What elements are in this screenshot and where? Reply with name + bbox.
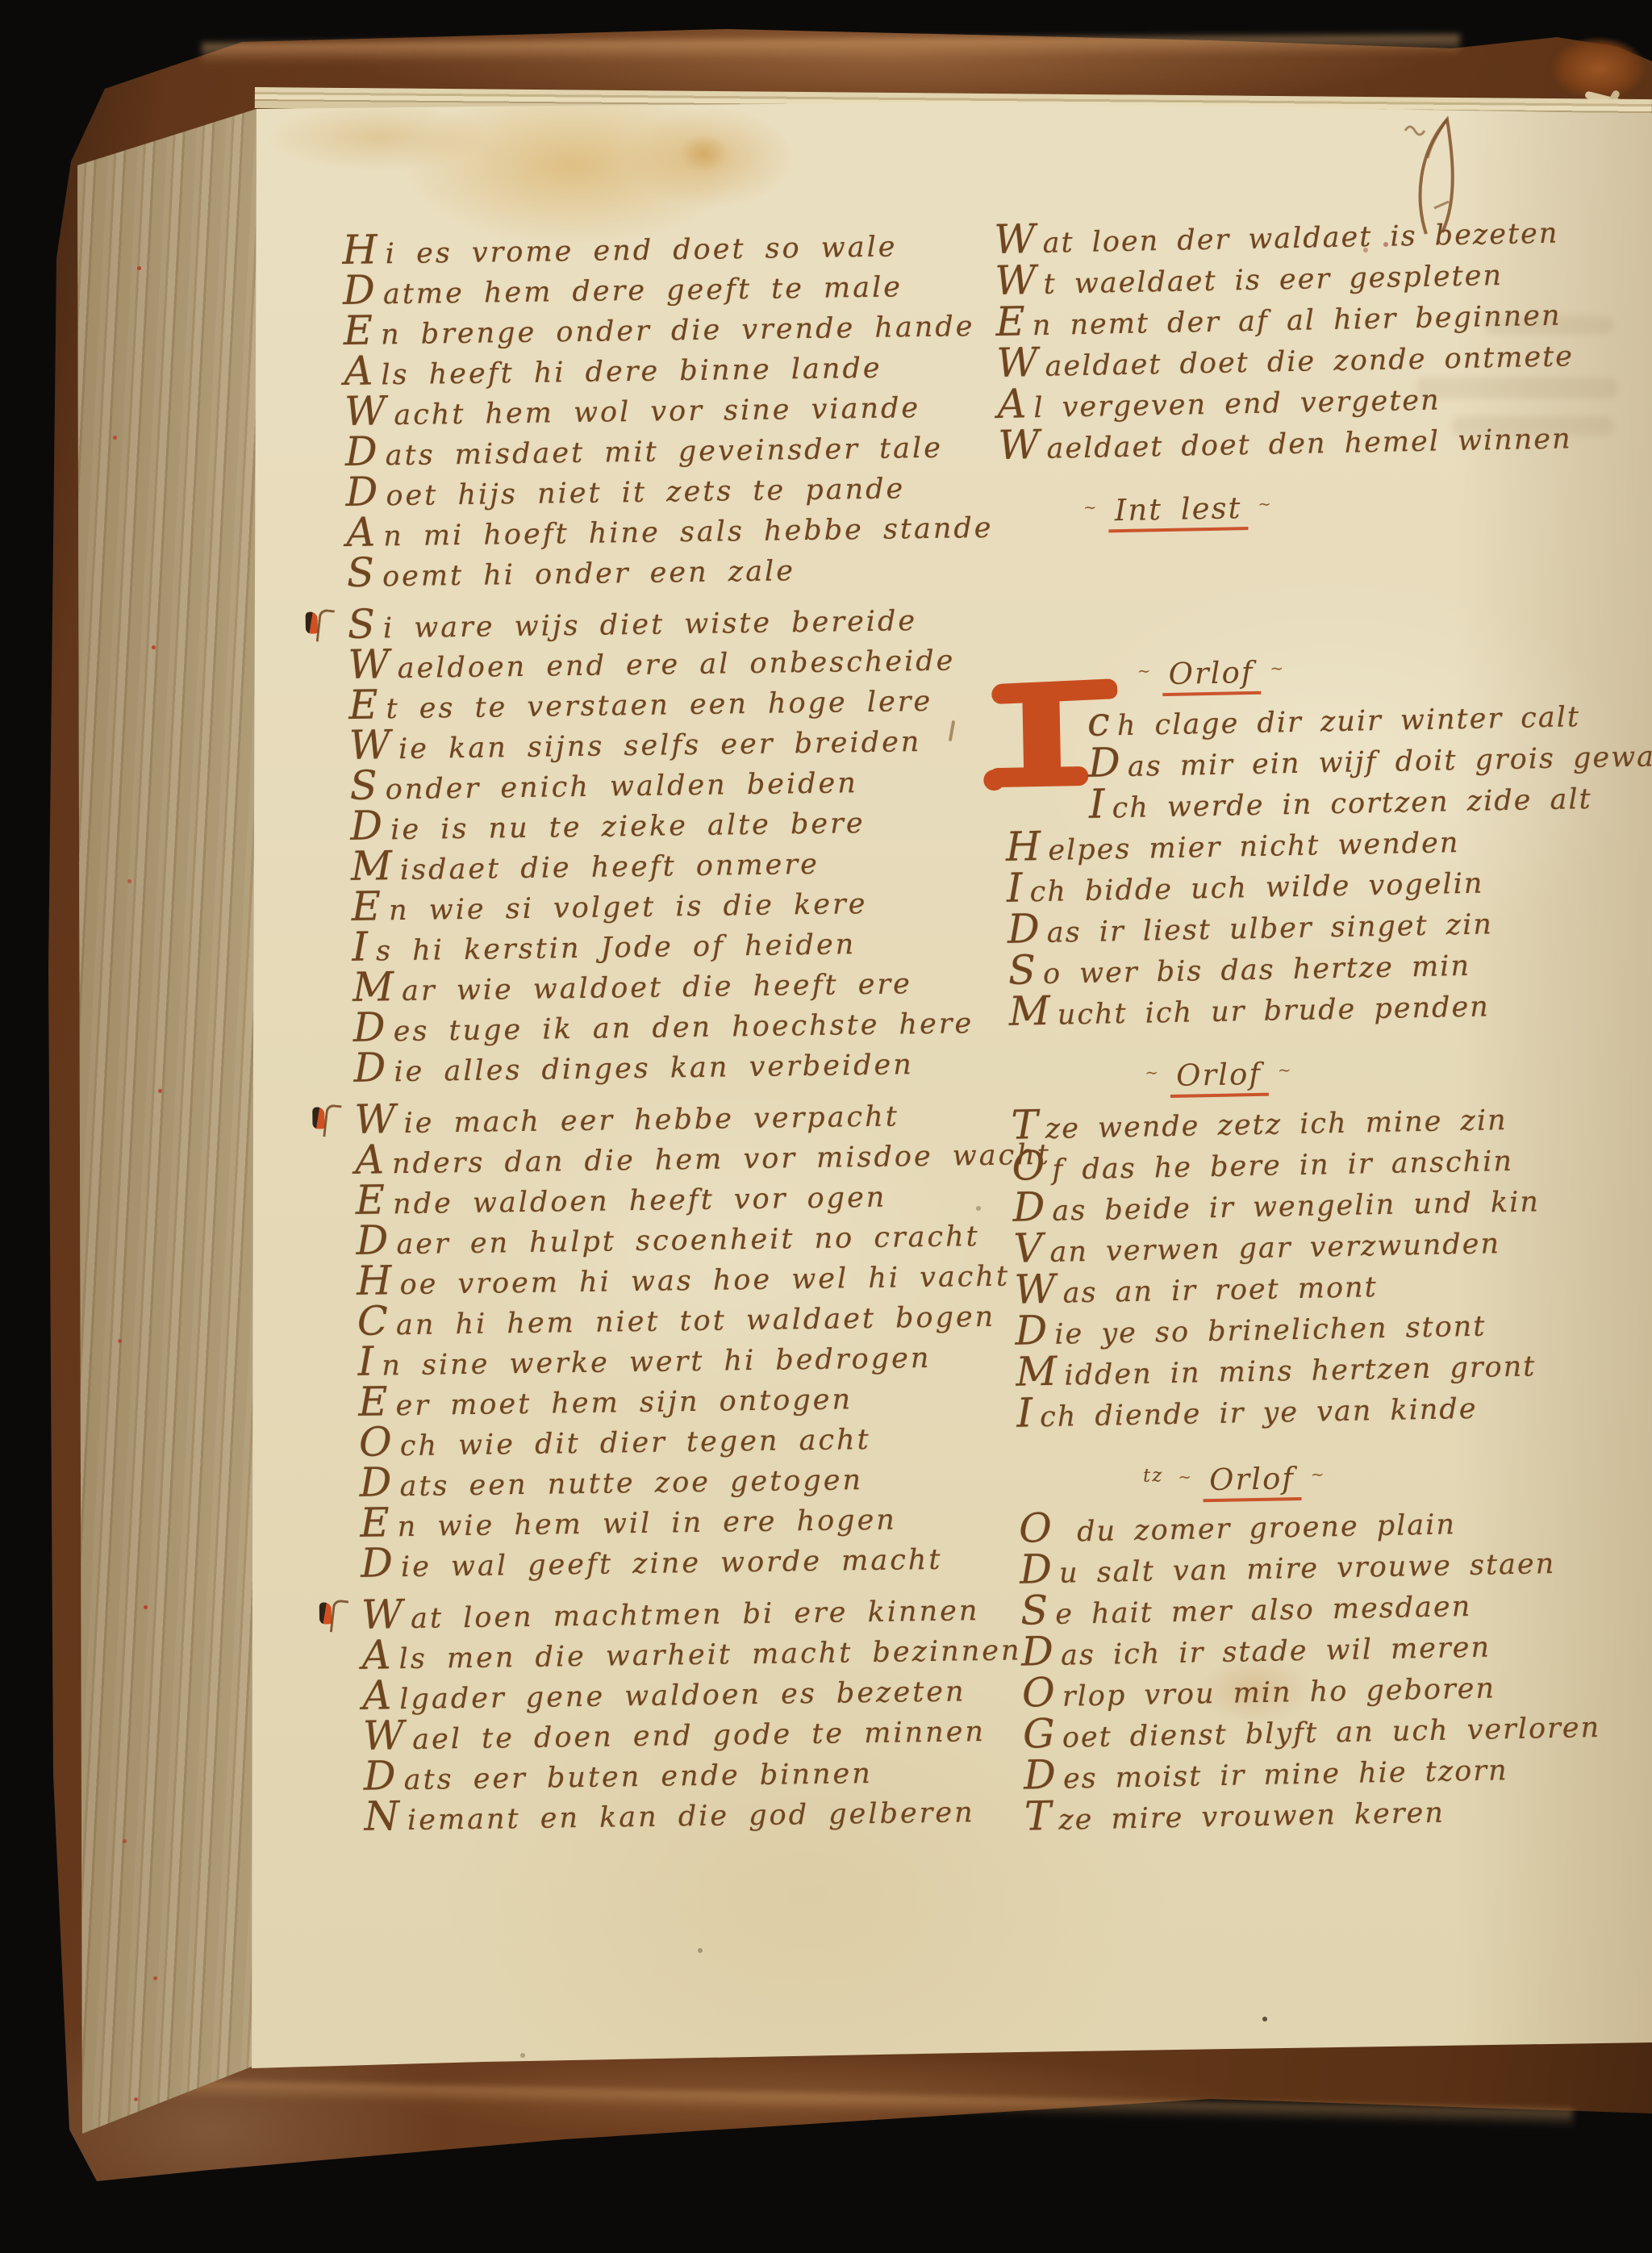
paraph-mark: [319, 1602, 336, 1624]
heading-prefix: tz: [1143, 1465, 1164, 1486]
heading-text: Orlof: [1170, 1057, 1269, 1098]
verse-line: Die wal geeft zine worde macht: [361, 1534, 974, 1583]
manuscript-photo: Hi es vrome end doet so waleDatme hem de…: [0, 0, 1652, 2253]
flourish-mark: ~: [1178, 1467, 1193, 1487]
verse-line: Die alles dinges kan verbeiden: [353, 1039, 967, 1088]
flourish-mark: ~: [1083, 498, 1099, 517]
flourish-mark: ~: [1278, 1060, 1293, 1079]
flourish-mark: ~: [1258, 494, 1273, 513]
heading-text: Orlof: [1162, 655, 1261, 696]
verse-text: Soemt hi onder een zale: [347, 555, 795, 594]
left-text-column: Hi es vrome end doet so waleDatme hem de…: [342, 221, 978, 1836]
rubric-heading: tz~Orlof~: [1142, 1444, 1652, 1497]
rubric-heading: ~Orlof~: [1127, 640, 1648, 693]
paraph-mark: [306, 611, 322, 633]
ink-specks: [1262, 2017, 1267, 2021]
heading-text: Orlof: [1203, 1461, 1302, 1502]
edge-red-speckles: [137, 266, 141, 270]
verse-text: Die wal geeft zine worde macht: [361, 1544, 943, 1584]
verse-stanza: O du zomer groene plainDu salt van mire …: [1019, 1496, 1652, 1837]
flourish-mark: ~: [1145, 1062, 1160, 1082]
verse-text: Die alles dinges kan verbeiden: [353, 1049, 914, 1089]
verse-stanza: Tze wende zetz ich mine zinOf das he ber…: [1011, 1092, 1652, 1433]
column-gap: [999, 519, 1647, 652]
right-text-column: Wat loen der waldaet is bezetenWt waelda…: [994, 207, 1652, 1838]
verse-line: Soemt hi onder een zale: [347, 544, 961, 593]
flourish-mark: ~: [1311, 1464, 1326, 1483]
heading-text: Int lest: [1108, 490, 1249, 532]
verse-stanza: Ich clage dir zuir winter caltDas mir ei…: [1003, 691, 1652, 1033]
flourish-mark: ~: [1137, 661, 1153, 680]
verse-line: Niemant en kan die god gelberen: [364, 1788, 978, 1837]
flourish-mark: ~: [1270, 658, 1285, 678]
paraph-mark: [312, 1107, 328, 1129]
rubric-heading: ~Orlof~: [1135, 1041, 1652, 1094]
